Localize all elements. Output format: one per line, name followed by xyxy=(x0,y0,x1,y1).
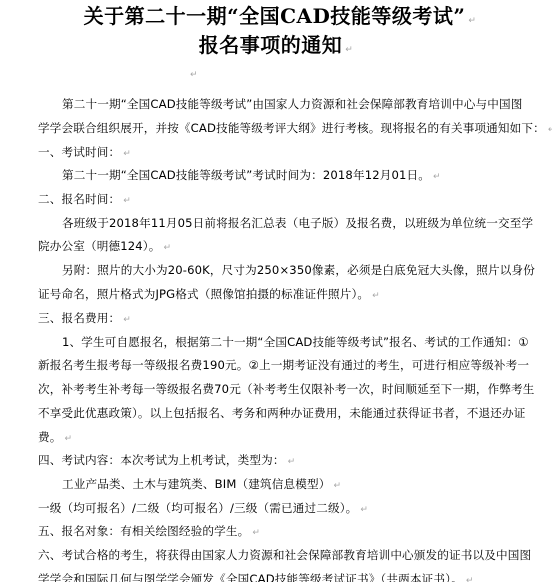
fees-line-1: 1、学生可自愿报名，根据第二十一期“全国CAD技能等级考试”报名、考试的工作通知… xyxy=(62,333,552,351)
line-text: 三、报名费用： xyxy=(38,311,120,325)
line-text: 第二十一期“全国CAD技能等级考试”由国家人力资源和社会保障部教育培训中心与中国… xyxy=(62,97,523,111)
intro-paragraph-line-1: 第二十一期“全国CAD技能等级考试”由国家人力资源和社会保障部教育培训中心与中国… xyxy=(62,95,552,113)
line-text: 二、报名时间： xyxy=(38,192,120,206)
section-heading-fees: 三、报名费用：↵ xyxy=(38,309,552,329)
photo-note-line-2: 证号命名，照片格式为JPG格式（照像馆拍摄的标准证件照片）。↵ xyxy=(38,285,552,305)
line-text: 不享受此优惠政策）。以上包括报名、考务和两种办证费用，未能通过获得证书者，不退还… xyxy=(38,406,525,420)
line-text: 学学会联合组织展开，并按《CAD技能等级考评大纲》进行考核。现将报名的有关事项通… xyxy=(38,121,545,135)
line-text: 学学会和国际几何与图学学会颁发《全国CAD技能等级考试证书》（共两本证书）。 xyxy=(38,572,463,582)
line-text: 工业产品类、土木与建筑类、BIM（建筑信息模型） xyxy=(62,477,330,491)
paragraph-mark-icon: ↵ xyxy=(123,315,131,325)
line-text: 各班级于2018年11月05日前将报名汇总表（电子版）及报名费，以班级为单位统一… xyxy=(62,216,533,230)
fees-line-2: 新报名考生报考每一等级报名费190元。②上一期考证没有通过的考生，可进行相应等级… xyxy=(38,356,552,374)
line-text: 新报名考生报考每一等级报名费190元。②上一期考证没有通过的考生，可进行相应等级… xyxy=(38,358,529,372)
section-heading-registration-time: 二、报名时间：↵ xyxy=(38,190,552,210)
line-text: 1、学生可自愿报名，根据第二十一期“全国CAD技能等级考试”报名、考试的工作通知… xyxy=(62,335,529,349)
certificate-line-1: 六、考试合格的考生，将获得由国家人力资源和社会保障部教育培训中心颁发的证书以及中… xyxy=(38,546,552,564)
paragraph-mark-icon: ↵ xyxy=(123,196,131,206)
paragraph-mark-icon: ↵ xyxy=(252,528,260,538)
title-text-1: 关于第二十一期“全国CAD技能等级考试” xyxy=(84,4,466,28)
empty-paragraph-mark-icon: ↵ xyxy=(190,70,198,80)
paragraph-mark-icon: ↵ xyxy=(345,45,353,55)
line-text: 次，补考考生补考每一等级报名费70元（补考考生仅限补考一次，时间顺延至下一期，作… xyxy=(38,382,535,396)
document-title-line-2: 报名事项的通知↵ xyxy=(0,33,552,62)
exam-time-line: 第二十一期“全国CAD技能等级考试”考试时间为：2018年12月01日。↵ xyxy=(62,166,552,186)
line-text: 另附：照片的大小为20-60K，尺寸为250×350像素，必须是白底免冠大头像，… xyxy=(62,263,535,277)
section-heading-exam-time: 一、考试时间：↵ xyxy=(38,143,552,163)
certificate-line-2: 学学会和国际几何与图学学会颁发《全国CAD技能等级考试证书》（共两本证书）。↵ xyxy=(38,570,552,582)
photo-note-line-1: 另附：照片的大小为20-60K，尺寸为250×350像素，必须是白底免冠大头像，… xyxy=(62,261,552,279)
title-text-2: 报名事项的通知 xyxy=(199,33,343,57)
line-text: 一、考试时间： xyxy=(38,145,120,159)
fees-line-4: 不享受此优惠政策）。以上包括报名、考务和两种办证费用，未能通过获得证书者，不退还… xyxy=(38,404,552,422)
line-text: 证号命名，照片格式为JPG格式（照像馆拍摄的标准证件照片）。 xyxy=(38,287,369,301)
section-heading-eligibility: 五、报名对象：有相关绘图经验的学生。↵ xyxy=(38,522,552,542)
section-heading-exam-content: 四、考试内容：本次考试为上机考试，类型为：↵ xyxy=(38,451,552,471)
exam-categories-line: 工业产品类、土木与建筑类、BIM（建筑信息模型）↵ xyxy=(62,475,552,495)
fees-line-5: 费。↵ xyxy=(38,428,552,448)
line-text: 第二十一期“全国CAD技能等级考试”考试时间为：2018年12月01日。 xyxy=(62,168,430,182)
paragraph-mark-icon: ↵ xyxy=(468,16,476,26)
document-page: 关于第二十一期“全国CAD技能等级考试”↵ 报名事项的通知↵ ↵ 第二十一期“全… xyxy=(0,0,552,582)
paragraph-mark-icon: ↵ xyxy=(433,172,441,182)
fees-line-3: 次，补考考生补考每一等级报名费70元（补考考生仅限补考一次，时间顺延至下一期，作… xyxy=(38,380,552,398)
paragraph-mark-icon: ↵ xyxy=(123,149,131,159)
exam-levels-line: 一级（均可报名）/二级（均可报名）/三级（需已通过二级）。↵ xyxy=(38,499,552,519)
paragraph-mark-icon: ↵ xyxy=(333,481,341,491)
registration-time-line-2: 院办公室（明德124）。↵ xyxy=(38,237,552,257)
line-text: 一级（均可报名）/二级（均可报名）/三级（需已通过二级）。 xyxy=(38,501,357,515)
registration-time-line-1: 各班级于2018年11月05日前将报名汇总表（电子版）及报名费，以班级为单位统一… xyxy=(62,214,552,232)
line-text: 院办公室（明德124）。 xyxy=(38,239,160,253)
line-text: 费。 xyxy=(38,430,62,444)
paragraph-mark-icon: ↵ xyxy=(466,576,474,582)
paragraph-mark-icon: ↵ xyxy=(548,125,552,135)
document-title-line-1: 关于第二十一期“全国CAD技能等级考试”↵ xyxy=(4,4,552,33)
paragraph-mark-icon: ↵ xyxy=(163,243,171,253)
line-text: 六、考试合格的考生，将获得由国家人力资源和社会保障部教育培训中心颁发的证书以及中… xyxy=(38,548,531,562)
line-text: 四、考试内容：本次考试为上机考试，类型为： xyxy=(38,453,285,467)
paragraph-mark-icon: ↵ xyxy=(288,457,296,467)
paragraph-mark-icon: ↵ xyxy=(360,505,368,515)
paragraph-mark-icon: ↵ xyxy=(372,291,380,301)
paragraph-mark-icon: ↵ xyxy=(65,434,73,444)
intro-paragraph-line-2: 学学会联合组织展开，并按《CAD技能等级考评大纲》进行考核。现将报名的有关事项通… xyxy=(38,119,552,139)
line-text: 五、报名对象：有相关绘图经验的学生。 xyxy=(38,524,249,538)
